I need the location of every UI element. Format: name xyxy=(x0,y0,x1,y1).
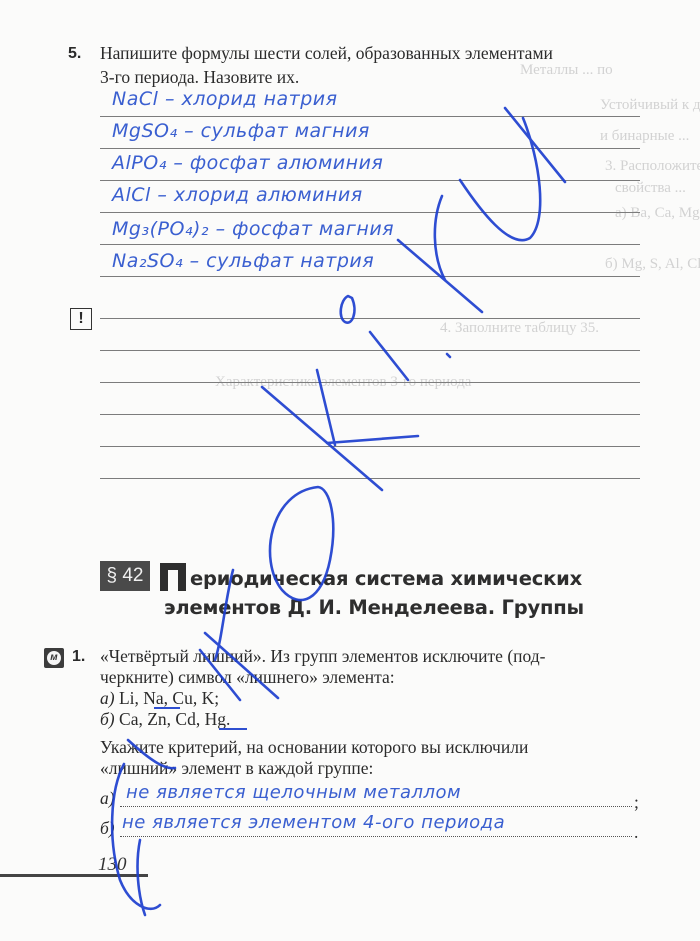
page-number: 130 xyxy=(98,854,127,876)
answer-b-handwritten: не является элементом 4-ого периода xyxy=(122,812,505,833)
answer-line xyxy=(100,180,640,181)
show-through-text: а) Ba, Ca, Mg ... xyxy=(615,205,700,222)
handwritten-answer: MgSO₄ – сульфат магния xyxy=(112,120,370,142)
section-title-line1: ериодическая система химических xyxy=(190,567,582,590)
task-5-number: 5. xyxy=(68,45,81,63)
task-5-prompt-line2: 3-го периода. Назовите их. xyxy=(100,67,299,88)
note-line xyxy=(100,478,640,479)
option-a: а) Li, Na, Cu, K; xyxy=(100,688,219,709)
task-1-line1: «Четвёртый лишний». Из групп элементов и… xyxy=(100,646,546,667)
answer-a-handwritten: не является щелочным металлом xyxy=(126,782,461,803)
answer-b-line xyxy=(120,836,632,837)
scribble-stroke xyxy=(262,387,382,490)
note-line xyxy=(100,414,640,415)
workbook-page: Металлы ... по Устойчивый к действию ...… xyxy=(0,0,700,941)
handwritten-answer: NaCl – хлорид натрия xyxy=(112,88,338,110)
show-through-text: Металлы ... по xyxy=(520,62,613,79)
answer-a-line xyxy=(120,806,632,807)
task-1-line2: черкните) символ «лишнего» элемента: xyxy=(100,667,395,688)
answer-b-end: . xyxy=(634,822,638,843)
answer-line xyxy=(100,148,640,149)
handwritten-answer: Na₂SO₄ – сульфат натрия xyxy=(112,250,374,272)
answer-a-end: ; xyxy=(634,792,639,813)
show-through-text: 3. Расположите ... xyxy=(605,158,700,175)
answer-b-label: б) xyxy=(100,818,115,839)
section-title-line2: элементов Д. И. Менделеева. Группы xyxy=(164,596,584,619)
section-badge: § 42 xyxy=(100,561,150,591)
scribble-stroke xyxy=(435,196,445,280)
answer-line xyxy=(100,212,640,213)
task-1-number: 1. xyxy=(72,648,85,666)
option-b: б) Ca, Zn, Cd, Hg. xyxy=(100,709,230,730)
note-line xyxy=(100,382,640,383)
criterion-line2: «лишний» элемент в каждой группе: xyxy=(100,758,373,779)
footer-rule xyxy=(0,874,148,877)
criterion-line1: Укажите критерий, на основании которого … xyxy=(100,737,528,758)
handwritten-answer: AlCl – хлорид алюминия xyxy=(112,184,363,206)
underline-hg xyxy=(219,728,247,730)
handwritten-answer: Mg₃(PO₄)₂ – фосфат магния xyxy=(112,218,394,240)
option-b-elements: Ca, Zn, Cd, Hg. xyxy=(119,709,230,729)
show-through-text: Устойчивый к действию ... xyxy=(600,97,700,114)
note-line xyxy=(100,446,640,447)
show-through-text: свойства ... xyxy=(615,180,686,197)
underline-cu xyxy=(154,707,180,709)
answer-line xyxy=(100,116,640,117)
scribble-stroke xyxy=(327,436,418,443)
note-line xyxy=(100,318,640,319)
note-line xyxy=(100,350,640,351)
answer-line xyxy=(100,244,640,245)
option-a-elements: Li, Na, Cu, K; xyxy=(119,688,219,708)
show-through-text: и бинарные ... xyxy=(600,128,689,145)
answer-a-label: а) xyxy=(100,788,115,809)
show-through-text: 4. Заполните таблицу 35. xyxy=(440,320,599,337)
answer-line xyxy=(100,276,640,277)
show-through-text: б) Mg, S, Al, Cl, Na ... xyxy=(605,256,700,273)
task-5-prompt-line1: Напишите формулы шести солей, образованн… xyxy=(100,43,553,64)
scribble-stroke xyxy=(505,108,565,182)
option-b-label: б) xyxy=(100,709,115,729)
scribble-stroke xyxy=(138,840,145,915)
exclamation-icon: ! xyxy=(70,308,92,330)
handwritten-answer: AlPO₄ – фосфат алюминия xyxy=(112,152,383,174)
scribble-stroke xyxy=(447,354,450,357)
section-title-initial-letter xyxy=(160,563,186,591)
scribble-stroke xyxy=(370,332,408,380)
option-a-label: а) xyxy=(100,688,115,708)
method-badge-icon: м xyxy=(44,648,64,668)
